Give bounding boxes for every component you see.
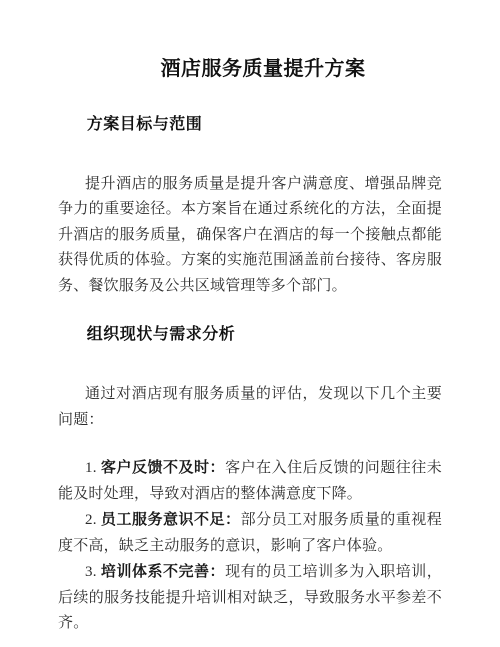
list-item-1-label: 客户反馈不及时： [101, 459, 225, 476]
section-goals-scope: 方案目标与范围 提升酒店的服务质量是提升客户满意度、增强品牌竞争力的重要途径。本… [58, 115, 442, 299]
section-heading-goals-scope: 方案目标与范围 [58, 115, 442, 136]
list-item-2: 2. 员工服务意识不足：部分员工对服务质量的重视程度不高，缺乏主动服务的意识，影… [58, 507, 442, 559]
list-item-3-label: 培训体系不完善： [101, 563, 225, 580]
section-status-needs: 组织现状与需求分析 通过对酒店现有服务质量的评估，发现以下几个主要问题： 1. … [58, 325, 442, 636]
section-heading-status-needs: 组织现状与需求分析 [58, 325, 442, 346]
paragraph-status-intro: 通过对酒店现有服务质量的评估，发现以下几个主要问题： [58, 382, 442, 433]
document-page: 酒店服务质量提升方案 方案目标与范围 提升酒店的服务质量是提升客户满意度、增强品… [0, 0, 500, 647]
paragraph-goals-scope: 提升酒店的服务质量是提升客户满意度、增强品牌竞争力的重要途径。本方案旨在通过系统… [58, 172, 442, 300]
list-item-1-number: 1. [85, 460, 101, 476]
list-item-3: 3. 培训体系不完善：现有的员工培训多为入职培训，后续的服务技能提升培训相对缺乏… [58, 559, 442, 637]
list-item-2-label: 员工服务意识不足： [101, 511, 241, 528]
problem-list: 1. 客户反馈不及时：客户在入住后反馈的问题往往未能及时处理，导致对酒店的整体满… [58, 455, 442, 637]
list-item-3-number: 3. [85, 564, 101, 580]
list-item-2-number: 2. [85, 512, 101, 528]
list-item-1: 1. 客户反馈不及时：客户在入住后反馈的问题往往未能及时处理，导致对酒店的整体满… [58, 455, 442, 507]
document-title: 酒店服务质量提升方案 [58, 56, 442, 83]
